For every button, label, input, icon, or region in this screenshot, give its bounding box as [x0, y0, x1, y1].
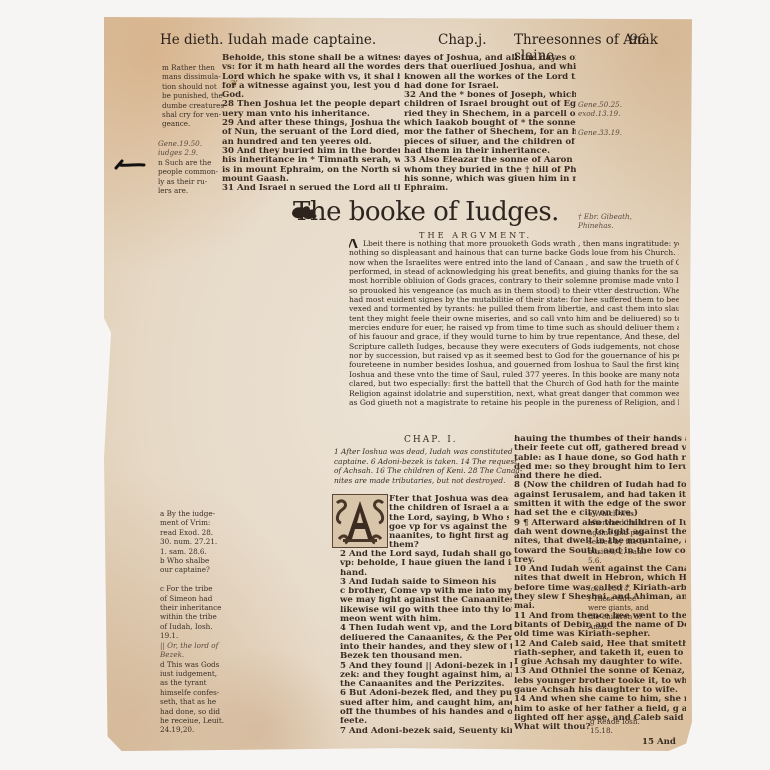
text-line: 14 And when she came to him, she mooued	[514, 695, 686, 704]
text-line: dayes of Joshua, and all the dayes of th…	[404, 54, 576, 63]
text-line: likewise wil go with thee into thy lot: …	[340, 606, 512, 615]
text-line: God.	[222, 91, 400, 100]
chapter-summary: 1 After Ioshua was dead, Iudah was const…	[334, 447, 522, 485]
argument-line: nothing so displeasant and hainous that …	[349, 248, 679, 257]
margin-note-line: Bezek.	[160, 650, 224, 659]
margin-reference: exod.13.19.	[578, 109, 620, 118]
margin-note-line: f These three	[588, 594, 649, 603]
margin-note-line: 15.18.	[590, 726, 640, 735]
margin-note-line: d This was Gods	[160, 660, 224, 669]
text-line: vp: beholde, I haue giuen the land into …	[340, 559, 512, 568]
text-line: is in mount Ephraim, on the North side o…	[222, 166, 400, 175]
text-line: Ephraim.	[404, 184, 576, 193]
margin-note-line: himselfe confes-	[160, 688, 224, 697]
text-line: hand.	[340, 569, 512, 578]
margin-note-line: mans dissimula-	[162, 72, 224, 81]
margin-note-line: tion should not	[162, 82, 224, 91]
text-line: 12 And Caleb said, Hee that smiteth Ki-	[514, 640, 686, 649]
text-line: 8 (Now the children of Iudah had fought	[514, 481, 686, 490]
text-line: 29 And after these things, Joshua the so…	[222, 119, 400, 128]
text-line: his inheritance in * Timnath serah, whic…	[222, 156, 400, 165]
text-line: Bezek ten thousand men.	[340, 652, 512, 661]
argument-line: Scripture calleth Iudges, because they w…	[349, 342, 679, 351]
text-line: naanites, to fight first against	[389, 532, 509, 541]
margin-note-line: ly as their ru-	[158, 177, 218, 186]
margin-note-line: iudges 2.9.	[158, 148, 218, 157]
chapter-right-margin-note-last: g Reade Iosh.15.18.	[590, 717, 640, 736]
text-line: and there he died.	[514, 472, 686, 481]
bible-page: He dieth. Iudah made captaine. Chap.j. T…	[104, 17, 692, 751]
text-line: had done for Israel.	[404, 82, 576, 91]
argument-line: performed, in stead of acknowledging his…	[349, 267, 679, 276]
argument-drop-letter: A	[349, 239, 361, 248]
argument-line: vexed and tormented by tyrants: he pulle…	[349, 304, 679, 313]
text-line: 32 And the * bones of Joseph, which the	[404, 91, 576, 100]
margin-note-line: our captaine?	[160, 565, 224, 574]
summary-line: nites are made tributaries, but not dest…	[334, 476, 522, 486]
argument-text: ALbeit there is nothing that more prouok…	[349, 239, 679, 407]
margin-note-line: busites, 2. Sam.	[588, 547, 649, 556]
margin-note-line: seth, that as he	[160, 697, 224, 706]
text-line: pieces of siluer, and the children of Jo…	[404, 138, 576, 147]
text-line: the Canaanites and the Perizzites.	[340, 680, 512, 689]
text-line: I giue Achsah my daughter to wife.	[514, 658, 686, 667]
argument-line: foureteene in number besides Ioshua, and…	[349, 360, 679, 369]
text-line: 33 Also Eleazar the sonne of Aaron died,	[404, 156, 576, 165]
text-line: smitten it with the edge of the sword, a…	[514, 500, 686, 509]
text-line: whom they buried in the † hill of Phineh…	[404, 166, 576, 175]
margin-note-line: e Which was	[588, 509, 649, 518]
argument-line: Religion against idolatrie and superstit…	[349, 389, 679, 398]
margin-note-line: n Such are the	[158, 158, 218, 167]
chapter-left-margin-notes: a By the iudge-ment of Vrim:read Exod. 2…	[160, 509, 224, 735]
text-line: deliuered the Canaanites, & the Perizzit…	[340, 634, 512, 643]
text-line: lebs younger brother tooke it, to whom h…	[514, 677, 686, 686]
margin-reference: Gene.33.19.	[578, 128, 622, 137]
catchword: 15 And	[642, 737, 676, 747]
text-line: ded me: so they brought him to Ierusalem…	[514, 463, 686, 472]
margin-note-line: of Iudah, Iosh.	[160, 622, 224, 631]
text-line: riath-sepher, and taketh it, euen to him…	[514, 649, 686, 658]
text-line: 31 And Israel n serued the Lord all the	[222, 184, 400, 193]
margin-note-line: 24.19,20.	[160, 725, 224, 734]
ink-blot-icon	[108, 158, 152, 172]
text-line: uery man vnto his inheritance.	[222, 110, 400, 119]
top-left-margin-notes-2: Gene.19.50.iudges 2.9.n Such are thepeop…	[158, 139, 218, 195]
argument-line: nor by succession, but raised vp as it s…	[349, 351, 679, 360]
text-line: 3 And Iudah saide to Simeon his	[340, 578, 512, 587]
text-line: meon went with him.	[340, 615, 512, 624]
margin-note-line: afterward built	[588, 518, 649, 527]
margin-note-line: a By the iudge-	[160, 509, 224, 518]
text-line: had them in their inheritance.	[404, 147, 576, 156]
margin-note-line: g Reade Iosh.	[590, 717, 640, 726]
text-line: an hundred and ten yeeres old.	[222, 138, 400, 147]
text-line: sued after him, and caught him, and d cu…	[340, 699, 512, 708]
text-line: mount Gaash.	[222, 175, 400, 184]
margin-note-line: c For the tribe	[160, 584, 224, 593]
margin-note-line: 1. sam. 28.6.	[160, 547, 224, 556]
text-line: zek: and they fought against him, and sl…	[340, 671, 512, 680]
margin-note-line: be punished, the	[162, 91, 224, 100]
text-line: vs: for it m hath heard all the wordes o…	[222, 63, 400, 72]
summary-line: 1 After Ioshua was dead, Iudah was const…	[334, 447, 522, 457]
margin-note-line: people common-	[158, 167, 218, 176]
text-line: 30 And they buried him in the border of	[222, 147, 400, 156]
text-line: off the thumbes of his handes and of his	[340, 708, 512, 717]
text-line: mor the father of Shechem, for an hundre…	[404, 128, 576, 137]
margin-note-line: 30. num. 27.21.	[160, 537, 224, 546]
text-line: 5 And they found || Adoni-bezek in Be-	[340, 662, 512, 671]
argument-line: clared, but two especially: first the ba…	[349, 379, 679, 388]
margin-note-line: read Exod. 28.	[160, 528, 224, 537]
ornamental-drop-cap	[332, 494, 388, 548]
margin-note-line	[588, 565, 649, 574]
text-line: children of Israel brought out of Egypt,…	[404, 100, 576, 109]
margin-note-line: as the tyrant	[160, 678, 224, 687]
text-line: against Ierusalem, and had taken it, and	[514, 491, 686, 500]
text-line: we may fight against the Canaanites, and…	[340, 596, 512, 605]
text-line: 13 And Othniel the sonne of Kenaz, Ca-	[514, 667, 686, 676]
margin-note-line	[160, 575, 224, 584]
margin-note-line: their inheritance	[160, 603, 224, 612]
margin-note-line: || Or, the lord of	[160, 641, 224, 650]
argument-line: Ioshua and these vnto the time of Saul, …	[349, 370, 679, 379]
margin-note-line: had done, so did	[160, 707, 224, 716]
text-line: ried they in Shechem, in a parcell of gr…	[404, 110, 576, 119]
top-column-1: Beholde, this stone shall be a witnesse …	[222, 54, 400, 193]
book-title: The booke of Iudges.	[293, 197, 559, 227]
argument-line: mercies endure for euer, he raised vp fr…	[349, 323, 679, 332]
text-line: Fter that Joshua was dead,	[389, 495, 509, 504]
ornate-letter-a-icon	[333, 495, 387, 547]
chapter-right-margin-notes: e Which wasafterward builtagaine and pos…	[588, 509, 649, 631]
margin-note-line: within the tribe	[160, 612, 224, 621]
margin-note-line: Gene.19.50.	[158, 139, 218, 148]
argument-line: had most euident signes by the mutabilit…	[349, 295, 679, 304]
text-line: him to aske of her father a field, g and…	[514, 705, 686, 714]
text-line: table: as I haue done, so God hath rewar…	[514, 454, 686, 463]
text-line: gaue Achsah his daughter to wife.	[514, 686, 686, 695]
text-line: which Iaakob bought of * the sonnes of H…	[404, 119, 576, 128]
margin-note-line: iust iudgement,	[160, 669, 224, 678]
text-line: hauing the thumbes of their hands and of	[514, 435, 686, 444]
argument-line: as God giueth not a magistrate to retain…	[349, 398, 679, 407]
argument-line: of his fauour and grace, if they would t…	[349, 332, 679, 341]
margin-reference: Gene.50.25.	[578, 100, 622, 109]
margin-note-line: geance.	[162, 119, 224, 128]
top-left-margin-notes: m Rather thenmans dissimula-tion should …	[162, 63, 224, 129]
text-line: 7 And Adoni-bezek said, Seuenty kings	[340, 727, 512, 736]
text-line: 28 Then Joshua let the people depart e-	[222, 100, 400, 109]
margin-note-line: shal cry for ven-	[162, 110, 224, 119]
header-left: He dieth. Iudah made captaine.	[160, 32, 376, 48]
text-line: 2 And the Lord sayd, Iudah shall goe	[340, 550, 512, 559]
margin-reference: Phinehas.	[578, 221, 614, 230]
text-line: the Lord, saying, b Who shall	[389, 514, 509, 523]
summary-line: captaine. 6 Adoni-bezek is taken. 14 The…	[334, 457, 522, 467]
margin-note-line: dumbe creatures	[162, 101, 224, 110]
margin-note-line: were giants, and	[588, 603, 649, 612]
top-column-2: dayes of Joshua, and all the dayes of th…	[404, 54, 576, 193]
text-line: Beholde, this stone shall be a witnesse …	[222, 54, 400, 63]
margin-note-line: m Rather then	[162, 63, 224, 72]
argument-line: now when the Israelites were entred into…	[349, 258, 679, 267]
text-line: into their handes, and they slew of them…	[340, 643, 512, 652]
argument-line: so prouoked his vengeance (as much as in…	[349, 286, 679, 295]
chapter-heading: CHAP. I.	[404, 435, 458, 445]
margin-note-line	[588, 575, 649, 584]
text-line: feete.	[340, 717, 512, 726]
text-line: the children of Israel a asked	[389, 504, 509, 513]
summary-line: of Achsah. 16 The children of Keni. 28 T…	[334, 466, 522, 476]
text-line: their feete cut off, gathered bread vnde…	[514, 444, 686, 453]
text-line: of Nun, the seruant of the Lord died, be…	[222, 128, 400, 137]
text-line: Lord which he spake with vs, it shal be …	[222, 73, 400, 82]
margin-note-line: the children of	[588, 612, 649, 621]
margin-note-line: againe and pos-	[588, 528, 649, 537]
margin-reference: † Ebr. Gibeath,	[578, 212, 632, 221]
text-line: c brother, Come vp with me into my lot, …	[340, 587, 512, 596]
margin-note-line: b Who shalbe	[160, 556, 224, 565]
margin-note-line: lers are.	[158, 186, 218, 195]
margin-note-line: Iosh. 15.14.	[588, 584, 649, 593]
text-line: his sonne, which was giuen him in mount	[404, 175, 576, 184]
text-line: old time was Kiriath-sepher.	[514, 630, 686, 639]
header-chapter: Chap.j.	[438, 32, 486, 48]
margin-note-line: of Simeon had	[160, 594, 224, 603]
running-header: He dieth. Iudah made captaine. Chap.j. T…	[160, 32, 674, 52]
chapter-column-1-opening: Fter that Joshua was dead,the children o…	[389, 495, 509, 551]
text-line: 6 But Adoni-bezek fled, and they pur-	[340, 689, 512, 698]
argument-line: most horrible obliuion of Gods graces, c…	[349, 276, 679, 285]
margin-note-line: 19.1.	[160, 631, 224, 640]
text-line: knowen all the workes of the Lord that h…	[404, 73, 576, 82]
margin-note-line: sessed by the Ie-	[588, 537, 649, 546]
margin-note-line: he receiue, Leuit.	[160, 716, 224, 725]
margin-note-line: Anak.	[588, 622, 649, 631]
margin-note-line: ment of Vrim:	[160, 518, 224, 527]
page-number: 96	[629, 32, 646, 48]
chapter-column-1: 2 And the Lord sayd, Iudah shall goevp: …	[340, 550, 512, 736]
text-line: 4 Then Iudah went vp, and the Lord	[340, 624, 512, 633]
argument-line: tent they might feele their owne miserie…	[349, 314, 679, 323]
text-line: ders that ouerliued Joshua, and which ha…	[404, 63, 576, 72]
text-line: for a witnesse against you, lest you den…	[222, 82, 400, 91]
margin-note-line: 5.6.	[588, 556, 649, 565]
text-line: goe vp for vs against the Ca-	[389, 523, 509, 532]
